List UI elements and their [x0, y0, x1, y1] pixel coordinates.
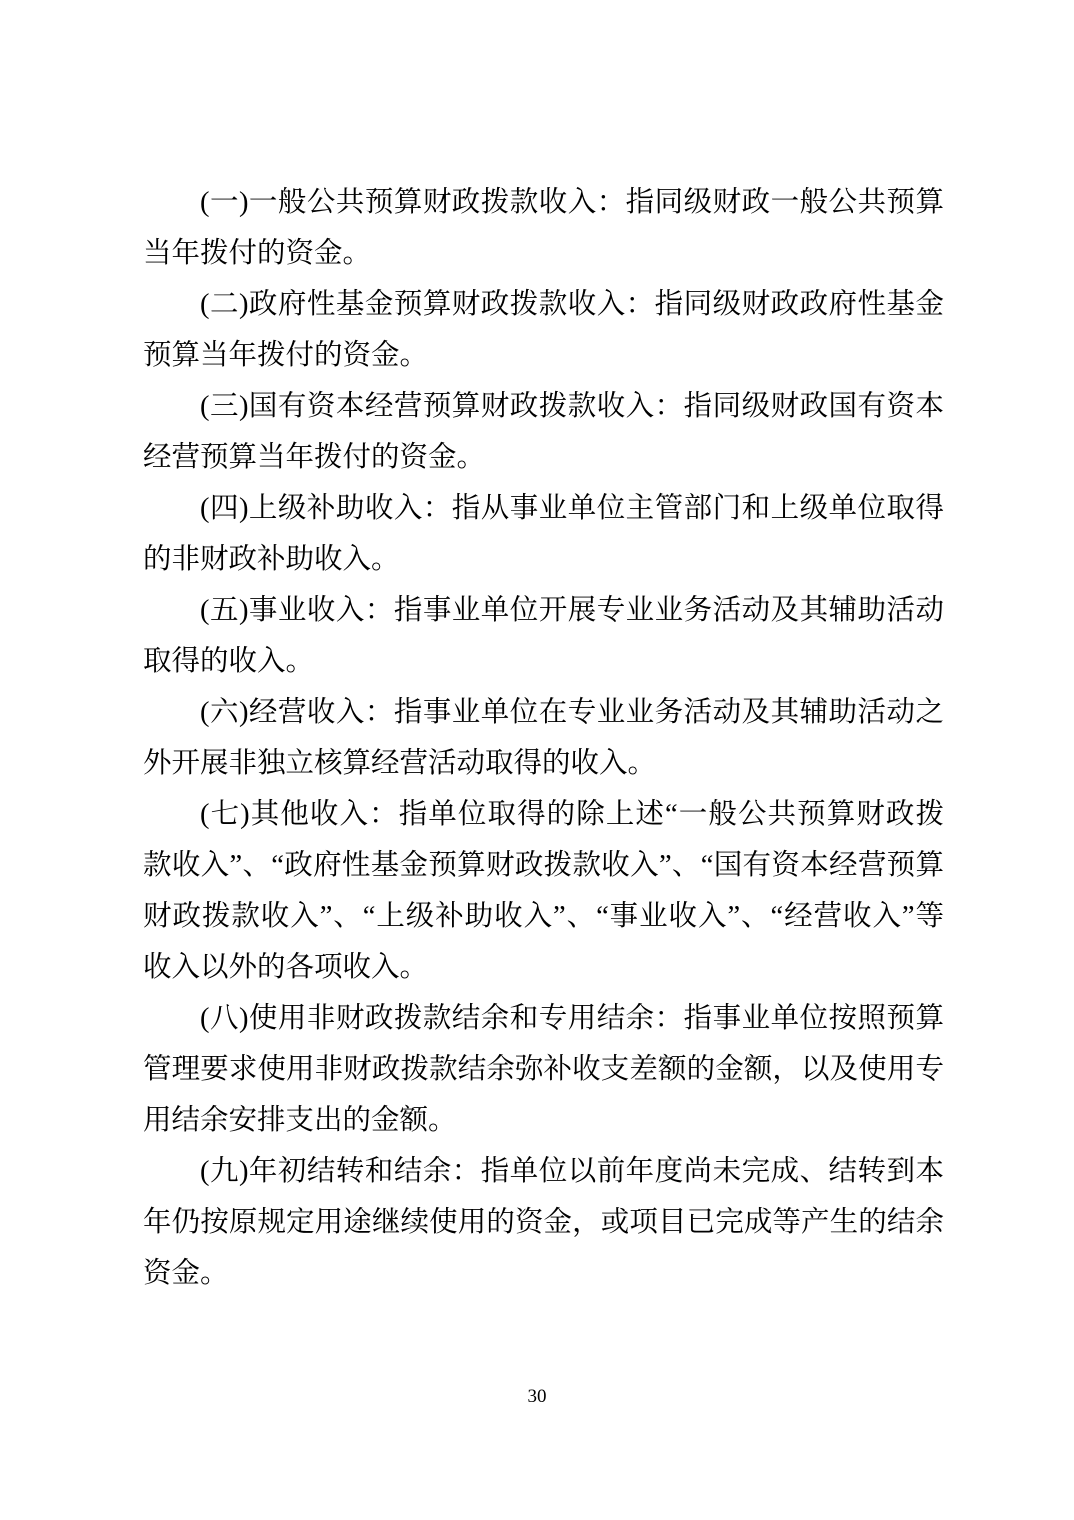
paragraph-income-state-capital-budget: (三)国有资本经营预算财政拨款收入：指同级财政国有资本经营预算当年拨付的资金。: [143, 381, 944, 483]
paragraph-income-government-fund-budget: (二)政府性基金预算财政拨款收入：指同级财政政府性基金预算当年拨付的资金。: [143, 279, 944, 381]
paragraph-income-operating: (六)经营收入：指事业单位在专业业务活动及其辅助活动之外开展非独立核算经营活动取…: [143, 687, 944, 789]
paragraph-use-of-non-fiscal-surplus: (八)使用非财政拨款结余和专用结余：指事业单位按照预算管理要求使用非财政拨款结余…: [143, 993, 944, 1146]
paragraph-income-other: (七)其他收入：指单位取得的除上述“一般公共预算财政拨款收入”、“政府性基金预算…: [143, 789, 944, 993]
paragraph-income-general-public-budget: (一)一般公共预算财政拨款收入：指同级财政一般公共预算当年拨付的资金。: [143, 177, 944, 279]
document-body: (一)一般公共预算财政拨款收入：指同级财政一般公共预算当年拨付的资金。 (二)政…: [143, 177, 944, 1299]
paragraph-income-superior-subsidy: (四)上级补助收入：指从事业单位主管部门和上级单位取得的非财政补助收入。: [143, 483, 944, 585]
document-page: (一)一般公共预算财政拨款收入：指同级财政一般公共预算当年拨付的资金。 (二)政…: [0, 0, 1074, 1520]
page-number: 30: [0, 1385, 1074, 1409]
paragraph-carryover-and-surplus: (九)年初结转和结余：指单位以前年度尚未完成、结转到本年仍按原规定用途继续使用的…: [143, 1146, 944, 1299]
paragraph-income-business: (五)事业收入：指事业单位开展专业业务活动及其辅助活动取得的收入。: [143, 585, 944, 687]
